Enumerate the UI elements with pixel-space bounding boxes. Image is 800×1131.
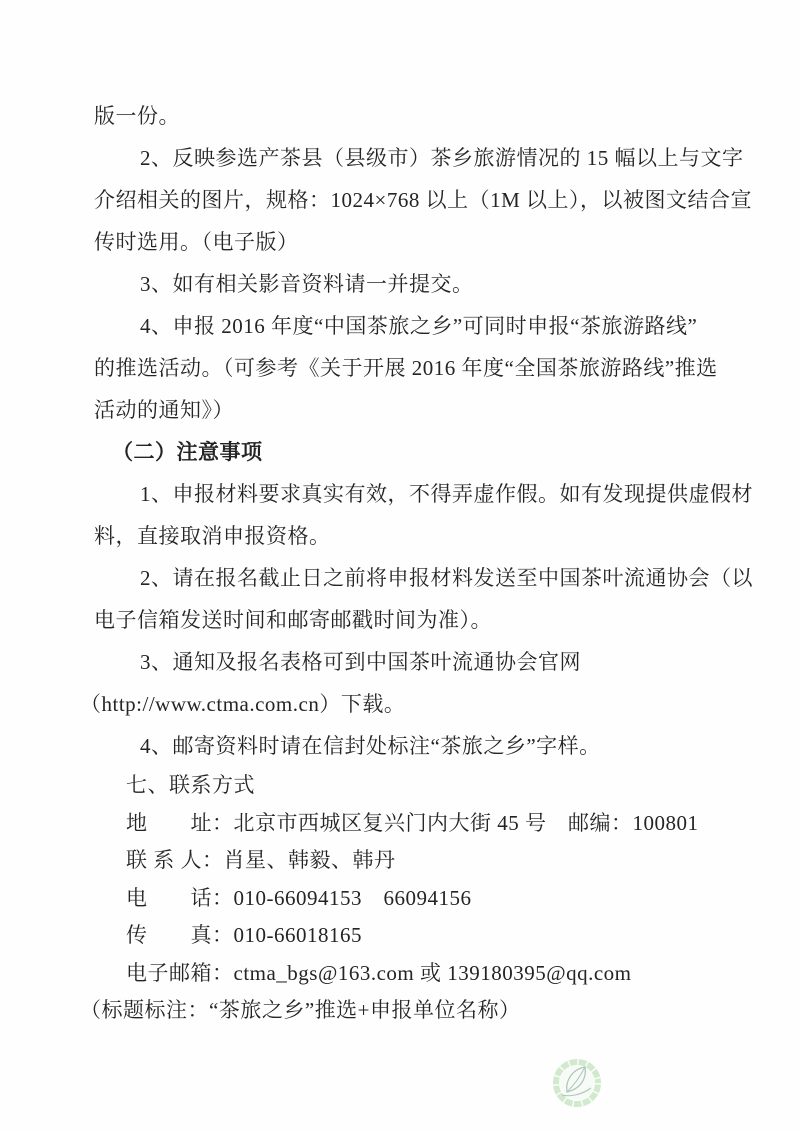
contact-heading: 七、联系方式 <box>94 767 760 805</box>
contact-fax: 传 真：010-66018165 <box>94 917 760 955</box>
text-line: 介绍相关的图片，规格：1024×768 以上（1M 以上），以被图文结合宣 <box>94 179 760 221</box>
text-line: 版一份。 <box>94 95 760 137</box>
text-line: 4、申报 2016 年度“中国茶旅之乡”可同时申报“茶旅游路线” <box>94 305 760 347</box>
contact-section: 七、联系方式 地 址：北京市西城区复兴门内大街 45 号 邮编：100801 联… <box>94 767 760 1030</box>
text-line: 料，直接取消申报资格。 <box>94 515 760 557</box>
document-page: 版一份。 2、反映参选产茶县（县级市）茶乡旅游情况的 15 幅以上与文字 介绍相… <box>0 0 800 1131</box>
text-line: 传时选用。（电子版） <box>94 221 760 263</box>
text-line: 2、请在报名截止日之前将申报材料发送至中国茶叶流通协会（以 <box>94 557 760 599</box>
document-body: 版一份。 2、反映参选产茶县（县级市）茶乡旅游情况的 15 幅以上与文字 介绍相… <box>94 95 760 1030</box>
contact-persons: 联 系 人：肖星、韩毅、韩丹 <box>94 842 760 880</box>
website-url-line: （http://www.ctma.com.cn）下载。 <box>80 683 760 725</box>
text-line: 3、通知及报名表格可到中国茶叶流通协会官网 <box>94 641 760 683</box>
leaf-stamp-icon <box>550 1056 604 1110</box>
email-subject-note: （标题标注：“茶旅之乡”推选+申报单位名称） <box>80 992 760 1030</box>
text-line: 3、如有相关影音资料请一并提交。 <box>94 263 760 305</box>
text-line: 活动的通知》） <box>94 389 760 431</box>
section-heading: （二）注意事项 <box>94 431 760 473</box>
text-line: 4、邮寄资料时请在信封处标注“茶旅之乡”字样。 <box>94 725 760 767</box>
contact-phone: 电 话：010-66094153 66094156 <box>94 880 760 918</box>
text-line: 电子信箱发送时间和邮寄邮戳时间为准）。 <box>94 599 760 641</box>
text-line: 2、反映参选产茶县（县级市）茶乡旅游情况的 15 幅以上与文字 <box>94 137 760 179</box>
contact-address: 地 址：北京市西城区复兴门内大街 45 号 邮编：100801 <box>94 805 760 843</box>
text-line: 1、申报材料要求真实有效，不得弄虚作假。如有发现提供虚假材 <box>94 473 760 515</box>
text-line: 的推选活动。（可参考《关于开展 2016 年度“全国茶旅游路线”推选 <box>94 347 760 389</box>
contact-email: 电子邮箱：ctma_bgs@163.com 或 139180395@qq.com <box>94 955 760 993</box>
